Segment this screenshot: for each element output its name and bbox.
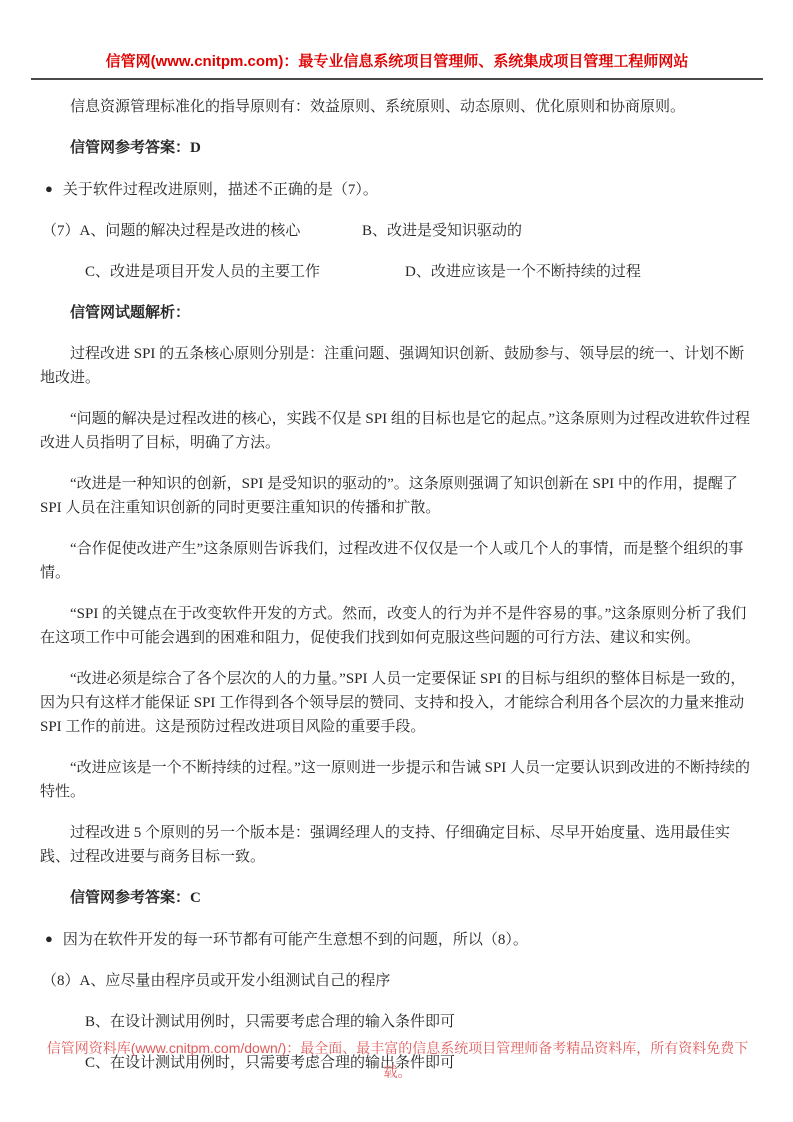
intro-paragraph: 信息资源管理标准化的指导原则有：效益原则、系统原则、动态原则、优化原则和协商原则…: [40, 95, 755, 119]
analysis-paragraph: “改进应该是一个不断持续的过程。”这一原则进一步提示和告诫 SPI 人员一定要认…: [40, 756, 755, 804]
analysis-paragraph: “合作促使改进产生”这条原则告诉我们，过程改进不仅仅是一个人或几个人的事情，而是…: [40, 537, 755, 585]
question-q8: ●因为在软件开发的每一环节都有可能产生意想不到的问题，所以（8）。: [40, 927, 755, 952]
analysis-paragraph: 过程改进 SPI 的五条核心原则分别是：注重问题、强调知识创新、鼓励参与、领导层…: [40, 342, 755, 390]
q7-options-row-1: （7）A、问题的解决过程是改进的核心 B、改进是受知识驱动的: [40, 219, 755, 243]
q7-option-a: （7）A、问题的解决过程是改进的核心: [40, 219, 362, 243]
analysis-paragraph: 过程改进 5 个原则的另一个版本是：强调经理人的支持、仔细确定目标、尽早开始度量…: [40, 821, 755, 869]
page-footer-site-banner: 信管网资料库(www.cnitpm.com/down/)：最全面、最丰富的信息系…: [40, 1036, 755, 1084]
analysis-paragraph: “SPI 的关键点在于改变软件开发的方式。然而，改变人的行为并不是件容易的事。”…: [40, 602, 755, 650]
document-page: 信管网(www.cnitpm.com)：最专业信息系统项目管理师、系统集成项目管…: [0, 0, 793, 1122]
q7-options-row-2: C、改进是项目开发人员的主要工作 D、改进应该是一个不断持续的过程: [40, 260, 755, 284]
bullet-icon: ●: [45, 931, 53, 946]
page-header-site-banner: 信管网(www.cnitpm.com)：最专业信息系统项目管理师、系统集成项目管…: [31, 50, 763, 80]
answer-label-q8: 信管网参考答案：C: [40, 886, 755, 910]
analysis-paragraph: “改进是一种知识的创新，SPI 是受知识的驱动的”。这条原则强调了知识创新在 S…: [40, 472, 755, 520]
document-body: 信息资源管理标准化的指导原则有：效益原则、系统原则、动态原则、优化原则和协商原则…: [40, 95, 755, 1092]
analysis-paragraph: “改进必须是综合了各个层次的人的力量。”SPI 人员一定要保证 SPI 的目标与…: [40, 667, 755, 739]
q8-option-a: （8）A、应尽量由程序员或开发小组测试自己的程序: [40, 969, 755, 993]
answer-label-q7: 信管网参考答案：D: [40, 136, 755, 160]
analysis-label: 信管网试题解析：: [40, 301, 755, 325]
question-q7: ●关于软件过程改进原则，描述不正确的是（7）。: [40, 177, 755, 202]
analysis-paragraph: “问题的解决是过程改进的核心，实践不仅是 SPI 组的目标也是它的起点。”这条原…: [40, 407, 755, 455]
bullet-icon: ●: [45, 181, 53, 196]
q7-option-c: C、改进是项目开发人员的主要工作: [40, 260, 405, 284]
q8-option-b: B、在设计测试用例时，只需要考虑合理的输入条件即可: [40, 1010, 755, 1034]
question-q8-text: 因为在软件开发的每一环节都有可能产生意想不到的问题，所以（8）。: [63, 932, 528, 948]
q7-option-b: B、改进是受知识驱动的: [362, 219, 755, 243]
question-q7-text: 关于软件过程改进原则，描述不正确的是（7）。: [63, 182, 378, 198]
q7-option-d: D、改进应该是一个不断持续的过程: [405, 260, 755, 284]
